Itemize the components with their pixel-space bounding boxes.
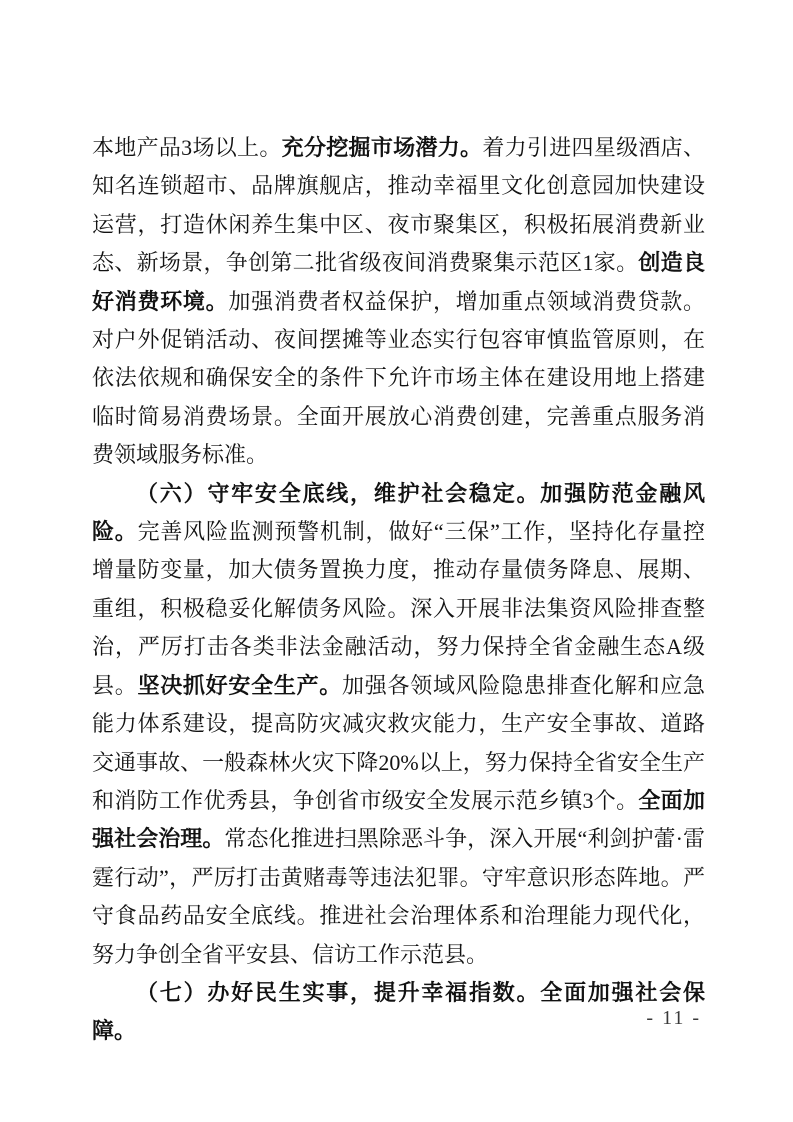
bold-text-segment: 充分挖掘市场潜力。 xyxy=(282,135,483,160)
page-number: - 11 - xyxy=(646,1005,701,1031)
paragraph-3: （七）办好民生实事，提升幸福指数。全面加强社会保障。 xyxy=(92,974,705,1051)
text-segment: 本地产品3场以上。 xyxy=(92,135,282,160)
document-body: 本地产品3场以上。充分挖掘市场潜力。着力引进四星级酒店、知名连锁超市、品牌旗舰店… xyxy=(92,129,705,1051)
text-segment: 加强消费者权益保护，增加重点领域消费贷款。对户外促销活动、夜间摆摊等业态实行包容… xyxy=(92,289,705,468)
paragraph-2: （六）守牢安全底线，维护社会稳定。加强防范金融风险。完善风险监测预警机制，做好“… xyxy=(92,475,705,974)
bold-text-segment: （七）办好民生实事，提升幸福指数。全面加强社会保障。 xyxy=(92,980,705,1043)
bold-text-segment: 坚决抓好安全生产。 xyxy=(137,673,342,698)
text-segment: 完善风险监测预警机制，做好“三保”工作，坚持化存量控增量防变量，加大债务置换力度… xyxy=(92,519,705,698)
paragraph-1: 本地产品3场以上。充分挖掘市场潜力。着力引进四星级酒店、知名连锁超市、品牌旗舰店… xyxy=(92,129,705,475)
document-page: 本地产品3场以上。充分挖掘市场潜力。着力引进四星级酒店、知名连锁超市、品牌旗舰店… xyxy=(0,0,793,1122)
